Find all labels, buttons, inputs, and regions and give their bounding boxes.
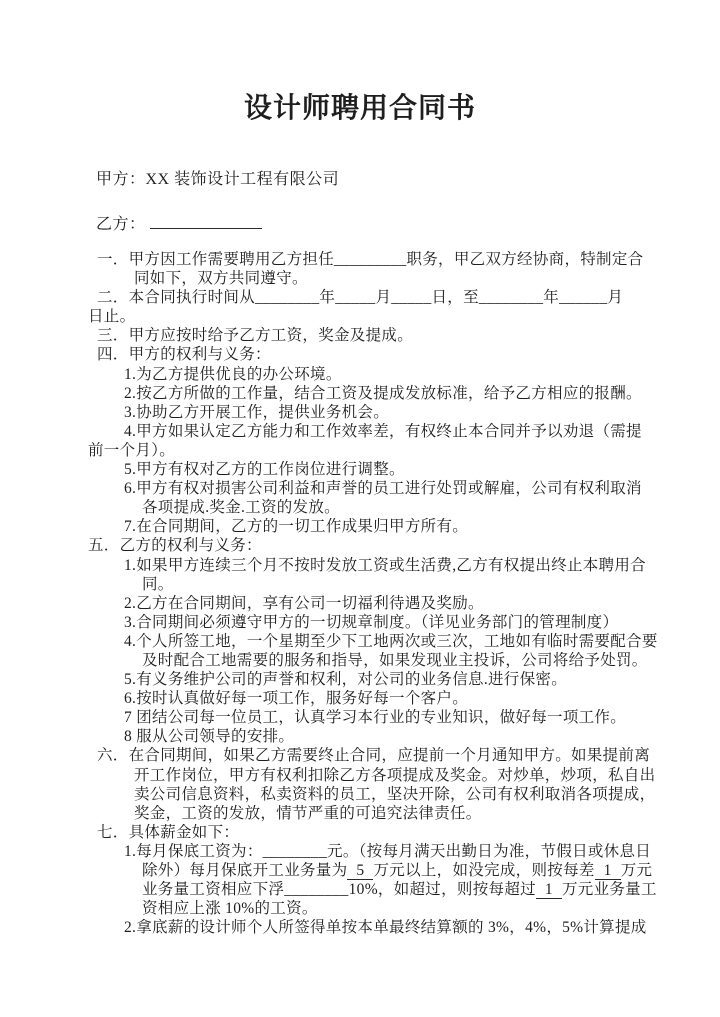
salary-text: 万元业务量工 bbox=[562, 881, 657, 898]
clause-5-item-4-line-2: 及时配合工地需要的服务和指导，如果发现业主投诉，公司将给予处罚。 bbox=[142, 651, 720, 670]
contract-body: 一．甲方因工作需要聘用乙方担任_________职务，甲乙双方经协商，特制定合 … bbox=[0, 250, 720, 937]
clause-4-item-5: 5.甲方有权对乙方的工作岗位进行调整。 bbox=[124, 460, 720, 479]
clause-2-line-1: 二．本合同执行时间从________年_____月_____日，至_______… bbox=[97, 288, 720, 307]
salary-text: 万元 bbox=[621, 862, 653, 879]
clause-5-heading: 五．乙方的权利与义务： bbox=[88, 536, 720, 555]
clause-5-item-1-line-2: 同。 bbox=[142, 575, 720, 594]
clause-5-item-6: 6.按时认真做好每一项工作，服务好每一个客户。 bbox=[124, 689, 720, 708]
document-title: 设计师聘用合同书 bbox=[0, 0, 720, 126]
clause-4-item-3: 3.协助乙方开展工作，提供业务机会。 bbox=[124, 403, 720, 422]
clause-4-item-6-line-1: 6.甲方有权对损害公司利益和声誉的员工进行处罚或解雇，公司有权利取消 bbox=[124, 479, 720, 498]
clause-4-item-2: 2.按乙方所做的工作量，结合工资及提成发放标准，给予乙方相应的报酬。 bbox=[124, 384, 720, 403]
clause-1-line-1: 一．甲方因工作需要聘用乙方担任_________职务，甲乙双方经协商，特制定合 bbox=[97, 250, 720, 269]
clause-5-item-1-line-1: 1.如果甲方连续三个月不按时发放工资或生活费,乙方有权提出终止本聘用合 bbox=[124, 556, 720, 575]
shortfall-value: 1 bbox=[595, 862, 621, 880]
clause-4-heading: 四．甲方的权利与义务： bbox=[97, 345, 720, 364]
clause-4-item-4-line-2: 前一个月）。 bbox=[88, 441, 720, 460]
clause-6-line-2: 开工作岗位，甲方有权利扣除乙方各项提成及奖金。对炒单，炒项，私自出 bbox=[134, 766, 720, 785]
clause-4-item-4-line-1: 4.甲方如果认定乙方能力和工作效率差，有权终止本合同并予以劝退（需提 bbox=[124, 422, 720, 441]
clause-7-item-1-line-2: 除外）每月保底开工业务量为5万元以上，如没完成，则按每差1万元 bbox=[142, 861, 720, 880]
clause-5-item-2: 2.乙方在合同期间，享有公司一切福利待遇及奖励。 bbox=[124, 594, 720, 613]
excess-value: 1 bbox=[536, 881, 562, 899]
clause-1-line-2: 同如下，双方共同遵守。 bbox=[134, 269, 720, 288]
clause-2-line-2: 日止。 bbox=[88, 307, 720, 326]
clause-5-item-7: 7 团结公司每一位员工，认真学习本行业的专业知识，做好每一项工作。 bbox=[124, 708, 720, 727]
clause-5-item-3: 3.合同期间必须遵守甲方的一切规章制度。（详见业务部门的管理制度） bbox=[124, 613, 720, 632]
party-b-blank bbox=[150, 213, 262, 229]
clause-5-item-8: 8 服从公司领导的安排。 bbox=[124, 727, 720, 746]
clause-7-item-2: 2.拿底薪的设计师个人所签得单按本单最终结算额的 3%，4%，5%计算提成 bbox=[124, 918, 720, 937]
salary-text: 除外）每月保底开工业务量为 bbox=[142, 862, 347, 879]
salary-text: 业务量工资相应下浮________10%，如超过，则按每超过 bbox=[142, 881, 536, 898]
salary-text: 万元以上，如没完成，则按每差 bbox=[373, 862, 594, 879]
clause-4-item-1: 1.为乙方提供优良的办公环境。 bbox=[124, 365, 720, 384]
quota-value: 5 bbox=[347, 862, 373, 880]
clause-6-line-3: 卖公司信息资料，私卖资料的员工，坚决开除，公司有权利取消各项提成， bbox=[134, 785, 720, 804]
party-b-label: 乙方： bbox=[96, 216, 146, 233]
party-a-line: 甲方：XX 装饰设计工程有限公司 bbox=[96, 166, 720, 189]
clause-6-line-1: 六．在合同期间，如果乙方需要终止合同，应提前一个月通知甲方。如果提前离 bbox=[97, 746, 720, 765]
contract-document-page: 设计师聘用合同书 甲方：XX 装饰设计工程有限公司 乙方： 一．甲方因工作需要聘… bbox=[0, 0, 720, 1017]
clause-4-item-6-line-2: 各项提成.奖金.工资的发放。 bbox=[142, 498, 720, 517]
clause-3: 三．甲方应按时给予乙方工资，奖金及提成。 bbox=[97, 326, 720, 345]
clause-7-item-1-line-3: 业务量工资相应下浮________10%，如超过，则按每超过1万元业务量工 bbox=[142, 880, 720, 899]
clause-4-item-7: 7.在合同期间，乙方的一切工作成果归甲方所有。 bbox=[124, 517, 720, 536]
clause-7-item-1-line-4: 资相应上涨 10%的工资。 bbox=[142, 899, 720, 918]
clause-5-item-5: 5.有义务维护公司的声誉和权利，对公司的业务信息.进行保密。 bbox=[124, 670, 720, 689]
clause-5-item-4-line-1: 4.个人所签工地，一个星期至少下工地两次或三次，工地如有临时需要配合要 bbox=[124, 632, 720, 651]
clause-6-line-4: 奖金，工资的发放，情节严重的可追究法律责任。 bbox=[134, 804, 720, 823]
clause-7-heading: 七．具体薪金如下： bbox=[97, 823, 720, 842]
party-b-line: 乙方： bbox=[96, 211, 720, 234]
clause-7-item-1-line-1: 1.每月保底工资为：________元。（按每月满天出勤日为准，节假日或休息日 bbox=[124, 842, 720, 861]
